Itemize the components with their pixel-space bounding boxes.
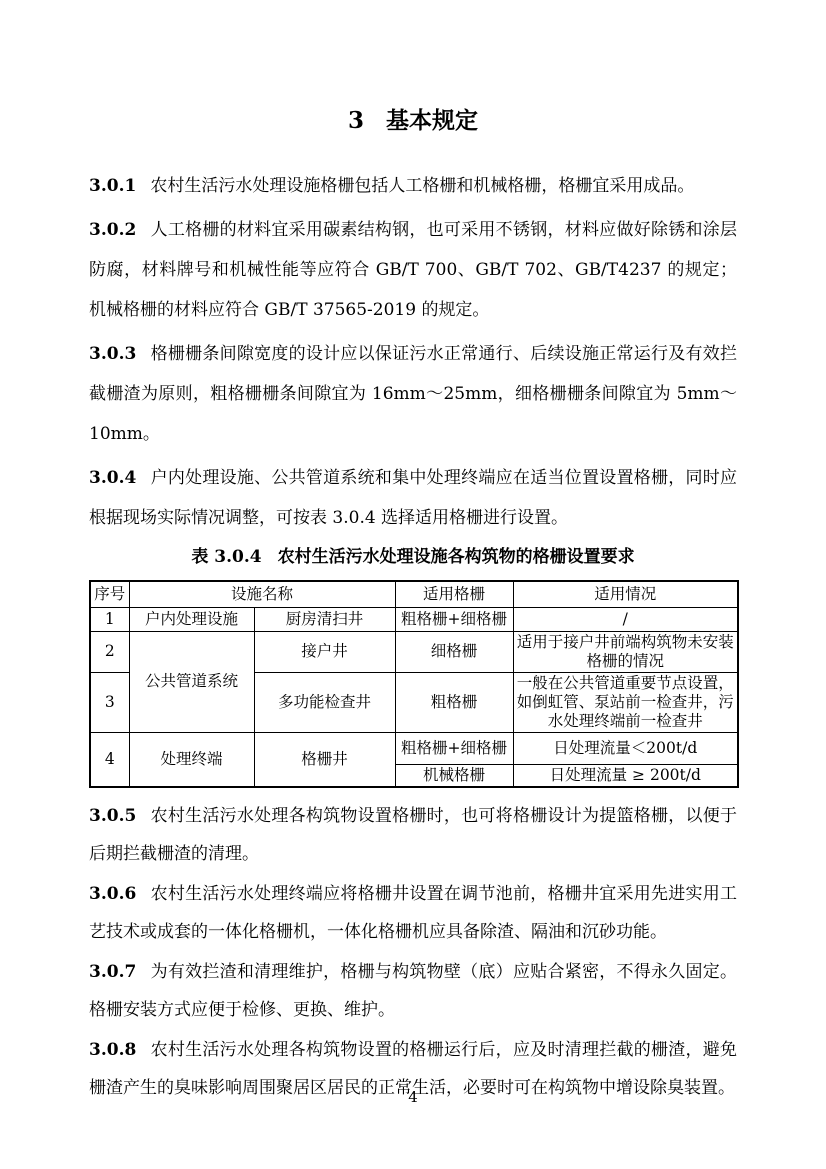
- paragraph-text: 格栅栅条间隙宽度的设计应以保证污水正常通行、后续设施正常运行及有效拦截栅渣为原则…: [89, 344, 737, 444]
- section-lower-paragraphs: 3.0.5农村生活污水处理各构筑物设置格栅时，也可将格栅设计为提篮格栅，以便于后…: [89, 797, 737, 1107]
- paragraph-text: 农村生活污水处理各构筑物设置格栅时，也可将格栅设计为提篮格栅，以便于后期拦截栅渣…: [89, 806, 737, 864]
- paragraph-text: 人工格栅的材料宜采用碳素结构钢，也可采用不锈钢，材料应做好除锈和涂层防腐，材料牌…: [89, 220, 737, 320]
- cell-seq: 4: [90, 732, 129, 787]
- paragraph-text: 为有效拦渣和清理维护，格栅与构筑物壁（底）应贴合紧密，不得永久固定。格栅安装方式…: [89, 962, 737, 1020]
- cell-screen: 机械格栅: [395, 764, 513, 787]
- paragraph-text: 农村生活污水处理终端应将格栅井设置在调节池前，格栅井宜采用先进实用工艺技术或成套…: [89, 884, 737, 942]
- table-row: 4 处理终端 格栅井 粗格栅+细格栅 日处理流量＜200t/d: [90, 732, 738, 764]
- col-header-seq: 序号: [90, 581, 129, 607]
- cell-situation: /: [513, 607, 738, 631]
- cell-facility-group: 公共管道系统: [129, 631, 254, 732]
- paragraph-number: 3.0.2: [89, 220, 136, 240]
- cell-facility: 多功能检查井: [254, 672, 395, 732]
- cell-seq: 1: [90, 607, 129, 631]
- paragraph-number: 3.0.8: [89, 1040, 136, 1060]
- paragraph-number: 3.0.1: [89, 176, 136, 196]
- paragraph-3-0-7: 3.0.7为有效拦渣和清理维护，格栅与构筑物壁（底）应贴合紧密，不得永久固定。格…: [89, 953, 737, 1029]
- cell-screen: 粗格栅: [395, 672, 513, 732]
- col-header-applicable-situation: 适用情况: [513, 581, 738, 607]
- section-upper-paragraphs: 3.0.1农村生活污水处理设施格栅包括人工格栅和机械格栅，格栅宜采用成品。 3.…: [89, 166, 737, 538]
- chapter-title-text: 基本规定: [386, 107, 478, 134]
- cell-screen: 细格栅: [395, 631, 513, 672]
- table-caption-label: 表 3.0.4: [191, 547, 261, 567]
- screen-requirements-table: 序号 设施名称 适用格栅 适用情况 1 户内处理设施 厨房清扫井 粗格栅+细格栅…: [89, 580, 739, 788]
- cell-situation: 适用于接户井前端构筑物未安装格栅的情况: [513, 631, 738, 672]
- table-row: 1 户内处理设施 厨房清扫井 粗格栅+细格栅 /: [90, 607, 738, 631]
- col-header-applicable-screen: 适用格栅: [395, 581, 513, 607]
- page-number: 4: [89, 1088, 737, 1106]
- paragraph-3-0-1: 3.0.1农村生活污水处理设施格栅包括人工格栅和机械格栅，格栅宜采用成品。: [89, 166, 737, 206]
- document-page: 3基本规定 3.0.1农村生活污水处理设施格栅包括人工格栅和机械格栅，格栅宜采用…: [0, 0, 826, 1169]
- table-caption-title: 农村生活污水处理设施各构筑物的格栅设置要求: [278, 547, 635, 567]
- col-header-facility-name: 设施名称: [129, 581, 395, 607]
- paragraph-3-0-3: 3.0.3格栅栅条间隙宽度的设计应以保证污水正常通行、后续设施正常运行及有效拦截…: [89, 334, 737, 454]
- cell-facility: 格栅井: [254, 732, 395, 787]
- cell-screen: 粗格栅+细格栅: [395, 607, 513, 631]
- cell-situation: 日处理流量＜200t/d: [513, 732, 738, 764]
- paragraph-3-0-4: 3.0.4户内处理设施、公共管道系统和集中处理终端应在适当位置设置格栅，同时应根…: [89, 458, 737, 538]
- table-caption: 表 3.0.4农村生活污水处理设施各构筑物的格栅设置要求: [89, 544, 737, 570]
- cell-seq: 3: [90, 672, 129, 732]
- page-content: 3基本规定 3.0.1农村生活污水处理设施格栅包括人工格栅和机械格栅，格栅宜采用…: [89, 0, 737, 1107]
- cell-situation: 日处理流量 ≥ 200t/d: [513, 764, 738, 787]
- paragraph-3-0-5: 3.0.5农村生活污水处理各构筑物设置格栅时，也可将格栅设计为提篮格栅，以便于后…: [89, 797, 737, 873]
- paragraph-text: 农村生活污水处理设施格栅包括人工格栅和机械格栅，格栅宜采用成品。: [150, 176, 694, 196]
- cell-facility: 厨房清扫井: [254, 607, 395, 631]
- cell-situation: 一般在公共管道重要节点设置，如倒虹管、泵站前一检查井，污水处理终端前一检查井: [513, 672, 738, 732]
- paragraph-number: 3.0.6: [89, 884, 136, 904]
- chapter-number: 3: [348, 107, 364, 134]
- paragraph-3-0-6: 3.0.6农村生活污水处理终端应将格栅井设置在调节池前，格栅井宜采用先进实用工艺…: [89, 875, 737, 951]
- cell-facility: 接户井: [254, 631, 395, 672]
- paragraph-number: 3.0.3: [89, 344, 136, 364]
- paragraph-number: 3.0.7: [89, 962, 136, 982]
- cell-facility-group: 处理终端: [129, 732, 254, 787]
- table-row: 2 公共管道系统 接户井 细格栅 适用于接户井前端构筑物未安装格栅的情况: [90, 631, 738, 672]
- paragraph-number: 3.0.5: [89, 806, 136, 826]
- cell-seq: 2: [90, 631, 129, 672]
- cell-facility-group: 户内处理设施: [129, 607, 254, 631]
- cell-screen: 粗格栅+细格栅: [395, 732, 513, 764]
- chapter-title: 3基本规定: [89, 0, 737, 138]
- table-header-row: 序号 设施名称 适用格栅 适用情况: [90, 581, 738, 607]
- paragraph-number: 3.0.4: [89, 468, 136, 488]
- paragraph-3-0-2: 3.0.2人工格栅的材料宜采用碳素结构钢，也可采用不锈钢，材料应做好除锈和涂层防…: [89, 210, 737, 330]
- paragraph-text: 户内处理设施、公共管道系统和集中处理终端应在适当位置设置格栅，同时应根据现场实际…: [89, 468, 737, 528]
